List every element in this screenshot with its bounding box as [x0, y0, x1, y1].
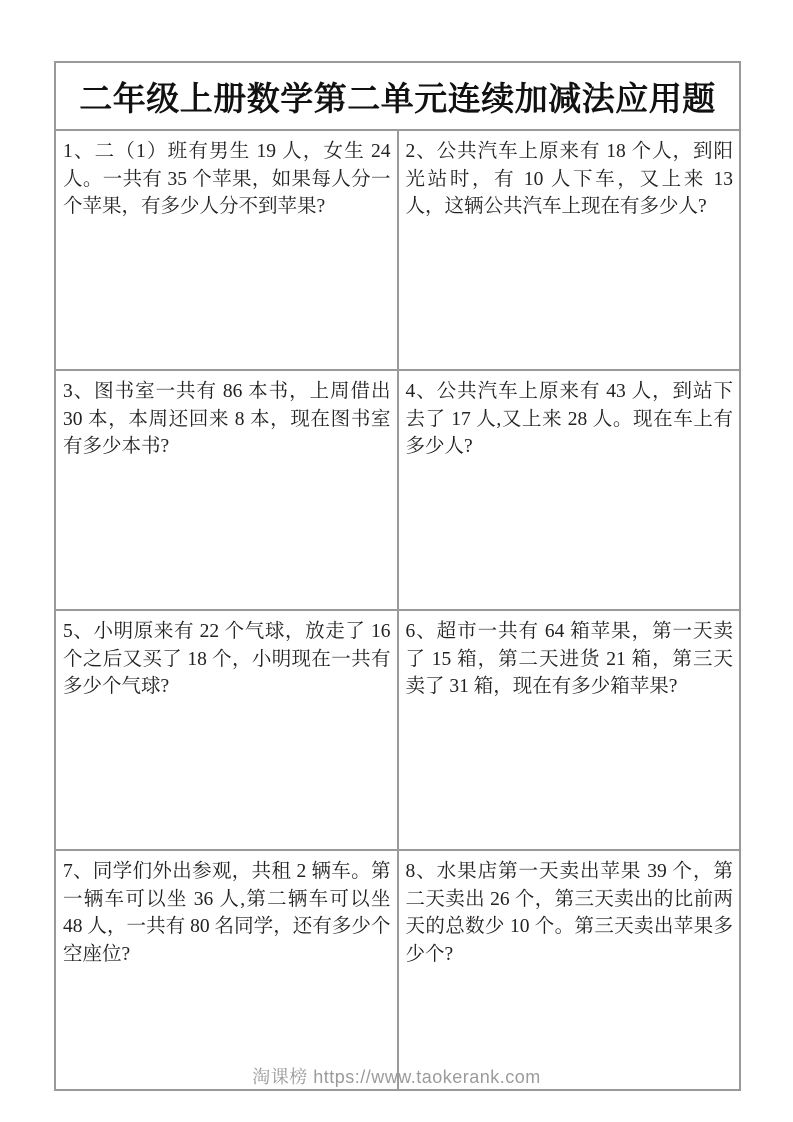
problem-cell-5: 5、小明原来有 22 个气球，放走了 16 个之后又买了 18 个，小明现在一共…	[55, 610, 398, 850]
problem-cell-1: 1、二（1）班有男生 19 人，女生 24 人。一共有 35 个苹果，如果每人分…	[55, 130, 398, 370]
problem-row-3: 5、小明原来有 22 个气球，放走了 16 个之后又买了 18 个，小明现在一共…	[55, 610, 740, 850]
title-row: 二年级上册数学第二单元连续加减法应用题	[55, 62, 740, 130]
problem-row-2: 3、图书室一共有 86 本书，上周借出 30 本，本周还回来 8 本，现在图书室…	[55, 370, 740, 610]
title-cell: 二年级上册数学第二单元连续加减法应用题	[55, 62, 740, 130]
problem-cell-2: 2、公共汽车上原来有 18 个人，到阳光站时，有 10 人下车，又上来 13 人…	[398, 130, 741, 370]
problem-cell-3: 3、图书室一共有 86 本书，上周借出 30 本，本周还回来 8 本，现在图书室…	[55, 370, 398, 610]
page-title: 二年级上册数学第二单元连续加减法应用题	[79, 82, 716, 118]
problem-cell-8: 8、水果店第一天卖出苹果 39 个，第二天卖出 26 个，第三天卖出的比前两天的…	[398, 850, 741, 1090]
problem-row-1: 1、二（1）班有男生 19 人，女生 24 人。一共有 35 个苹果，如果每人分…	[55, 130, 740, 370]
worksheet-table: 二年级上册数学第二单元连续加减法应用题 1、二（1）班有男生 19 人，女生 2…	[54, 61, 741, 1091]
worksheet-page: 二年级上册数学第二单元连续加减法应用题 1、二（1）班有男生 19 人，女生 2…	[0, 0, 793, 1122]
problem-cell-6: 6、超市一共有 64 箱苹果，第一天卖了 15 箱，第二天进货 21 箱，第三天…	[398, 610, 741, 850]
watermark-footer: 淘课榜 https://www.taokerank.com	[0, 1063, 793, 1089]
problem-row-4: 7、同学们外出参观，共租 2 辆车。第一辆车可以坐 36 人,第二辆车可以坐 4…	[55, 850, 740, 1090]
problem-cell-7: 7、同学们外出参观，共租 2 辆车。第一辆车可以坐 36 人,第二辆车可以坐 4…	[55, 850, 398, 1090]
problem-cell-4: 4、公共汽车上原来有 43 人，到站下去了 17 人,又上来 28 人。现在车上…	[398, 370, 741, 610]
